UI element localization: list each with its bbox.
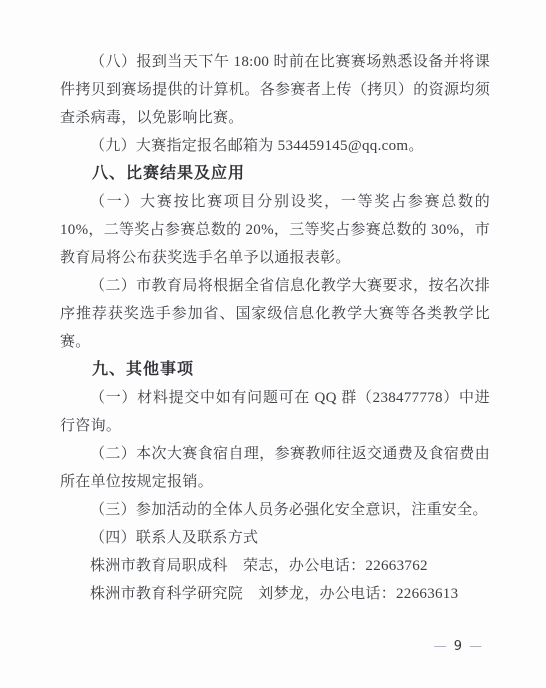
section-heading-results: 八、比赛结果及应用	[60, 160, 490, 188]
page-number-dash-right: —	[469, 639, 482, 654]
paragraph-8-checkin: （八）报到当天下午 18:00 时前在比赛赛场熟悉设备并将课件拷贝到赛场提供的计…	[60, 48, 490, 132]
paragraph-awards: （一）大赛按比赛项目分别设奖，一等奖占参赛总数的 10%，二等奖占参赛总数的 2…	[60, 188, 490, 272]
page-number: —9—	[434, 639, 482, 655]
section-heading-other-matters: 九、其他事项	[60, 356, 490, 384]
page-number-dash-left: —	[434, 639, 447, 654]
contact-line-liumenglong: 株洲市教育科学研究院 刘梦龙，办公电话：22663613	[60, 580, 490, 608]
paragraph-qq-group: （一）材料提交中如有问题可在 QQ 群（238477778）中进行咨询。	[60, 384, 490, 440]
paragraph-9-email: （九）大赛指定报名邮箱为 534459145@qq.com。	[60, 132, 490, 160]
page-number-value: 9	[454, 639, 462, 654]
paragraph-contacts-title: （四）联系人及联系方式	[60, 524, 490, 552]
document-body: （八）报到当天下午 18:00 时前在比赛赛场熟悉设备并将课件拷贝到赛场提供的计…	[60, 48, 490, 608]
document-page: （八）报到当天下午 18:00 时前在比赛赛场熟悉设备并将课件拷贝到赛场提供的计…	[0, 0, 546, 688]
paragraph-recommendation: （二）市教育局将根据全省信息化教学大赛要求，按名次排序推荐获奖选手参加省、国家级…	[60, 272, 490, 356]
contact-line-rongzhi: 株洲市教育局职成科 荣志，办公电话：22663762	[60, 552, 490, 580]
paragraph-safety: （三）参加活动的全体人员务必强化安全意识，注重安全。	[60, 496, 490, 524]
paragraph-expenses: （二）本次大赛食宿自理，参赛教师往返交通费及食宿费由所在单位按规定报销。	[60, 440, 490, 496]
